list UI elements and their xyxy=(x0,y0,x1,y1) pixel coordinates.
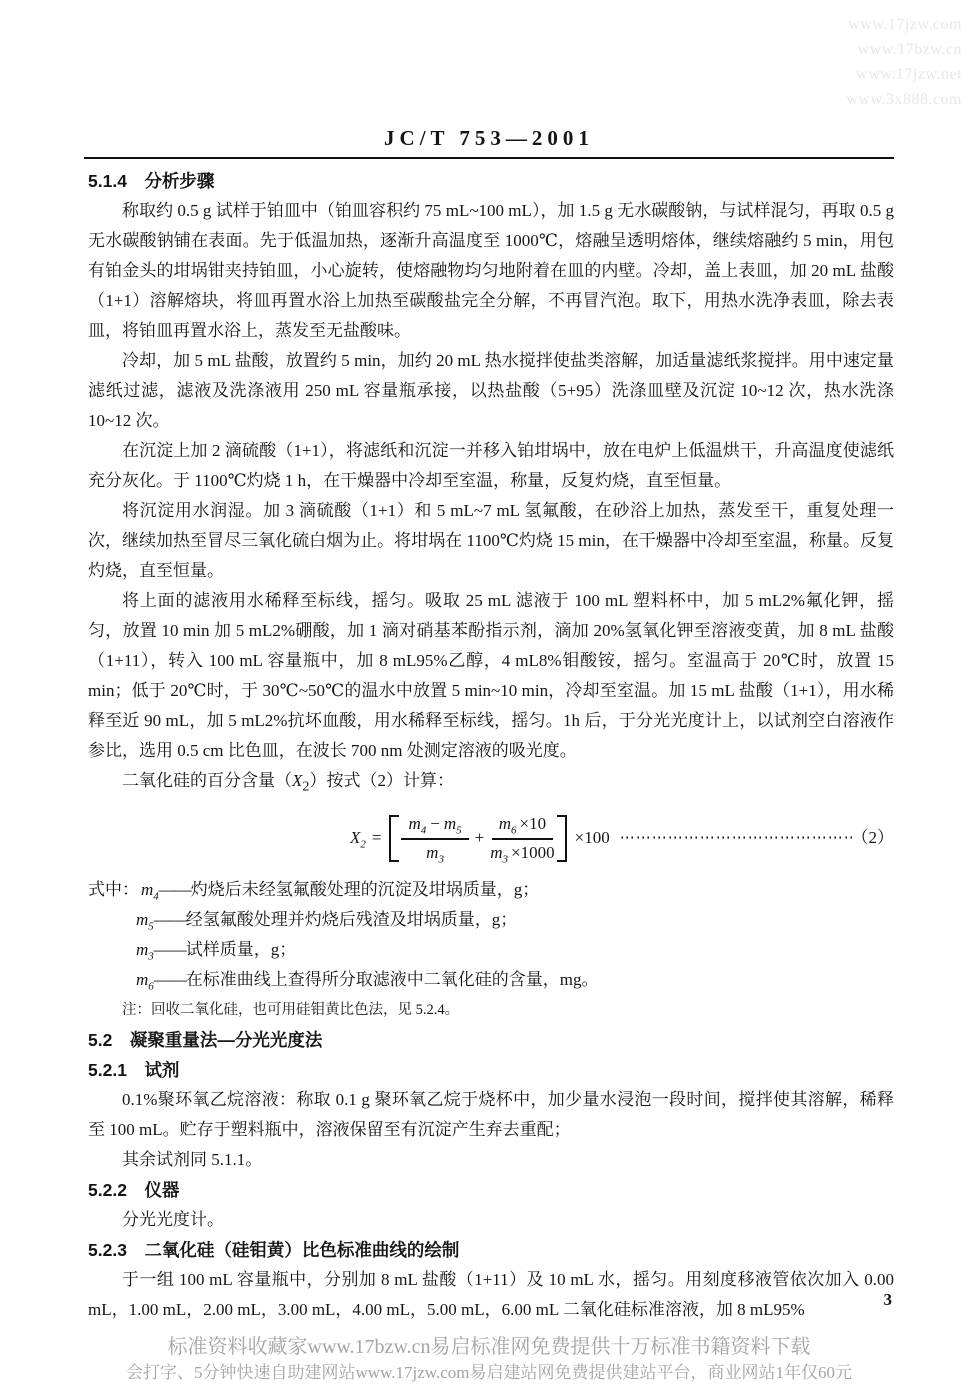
var-m3: m xyxy=(136,940,148,959)
clause-number: 5.2.3 xyxy=(88,1240,127,1260)
fraction-2-denominator: m3×1000 xyxy=(490,840,554,864)
watermark-url: www.17bzw.cn xyxy=(846,37,962,62)
var-m4-sub: 4 xyxy=(421,824,427,836)
fraction-1-numerator: m4−m5 xyxy=(401,813,468,840)
note-line: 注：回收二氧化硅，也可用硅钼黄比色法，见 5.2.4。 xyxy=(88,995,894,1025)
watermark-url: www.17jzw.net xyxy=(846,62,962,87)
paragraph-filtrate-colorimetry: 将上面的滤液用水稀释至标线，摇匀。吸取 25 mL 滤液于 100 mL 塑料杯… xyxy=(88,586,894,766)
paragraph-hf-treatment: 将沉淀用水润湿。加 3 滴硫酸（1+1）和 5 mL~7 mL 氢氟酸，在砂浴上… xyxy=(88,496,894,586)
watermark-url: www.3x888.com xyxy=(846,87,962,112)
clause-title: 仪器 xyxy=(144,1180,179,1200)
document-body: 5.1.4分析步骤 称取约 0.5 g 试样于铂皿中（铂皿容积约 75 mL~1… xyxy=(88,166,894,1325)
var-m3-sub: 3 xyxy=(503,853,509,865)
var-m4: m xyxy=(141,880,153,899)
eq-lhs-sub: 2 xyxy=(360,839,366,851)
equals-sign: = xyxy=(372,823,382,853)
symbol-x2: X xyxy=(292,771,302,790)
paragraph-precipitate-ignite: 在沉淀上加 2 滴硫酸（1+1），将滤纸和沉淀一并移入铂坩埚中，放在电炉上低温烘… xyxy=(88,436,894,496)
times-1000: ×1000 xyxy=(511,843,555,862)
definition-m5: m5——经氢氟酸处理并灼烧后残渣及坩埚质量，g； xyxy=(88,905,894,935)
paragraph-other-reagents: 其余试剂同 5.1.1。 xyxy=(88,1145,894,1175)
clause-title: 分析步骤 xyxy=(144,171,214,191)
left-bracket xyxy=(389,815,399,862)
clause-number: 5.2.1 xyxy=(88,1060,127,1080)
right-bracket xyxy=(557,815,567,862)
paragraph-standard-curve: 于一组 100 mL 容量瓶中，分别加 8 mL 盐酸（1+11）及 10 mL… xyxy=(88,1265,894,1325)
heading-5-2-1: 5.2.1试剂 xyxy=(88,1055,894,1085)
document-page: www.17jzw.com www.17bzw.cn www.17jzw.net… xyxy=(0,0,978,1388)
definition-m3: m3——试样质量，g； xyxy=(88,935,894,965)
clause-number: 5.2.2 xyxy=(88,1180,127,1200)
standard-code-header: JC/T 753—2001 xyxy=(0,126,978,151)
definition-dash: —— xyxy=(159,880,191,899)
times-100: ×100 xyxy=(575,823,610,853)
clause-number: 5.2 xyxy=(88,1030,112,1050)
heading-5-2-2: 5.2.2仪器 xyxy=(88,1175,894,1205)
var-m6: m xyxy=(499,814,511,833)
eq-lhs: X2 xyxy=(350,823,366,853)
fraction-2-numerator: m6×10 xyxy=(492,813,553,840)
fraction-1: m4−m5 m3 xyxy=(401,813,468,864)
footer-watermark-line1: 标准资料收藏家www.17bzw.cn易启标准网免费提供十万标准书籍资料下载 xyxy=(0,1330,978,1359)
var-m3: m xyxy=(490,843,502,862)
clause-title: 凝聚重量法—分光光度法 xyxy=(130,1030,323,1050)
leader-dots: ⋯⋯⋯⋯⋯⋯⋯⋯⋯⋯⋯⋯⋯⋯⋯⋯⋯⋯⋯⋯⋯⋯⋯⋯⋯⋯⋯⋯⋯⋯ xyxy=(616,823,852,853)
var-m5: m xyxy=(136,910,148,929)
definition-text: 经氢氟酸处理并灼烧后残渣及坩埚质量，g； xyxy=(186,910,518,929)
var-m6-sub: 6 xyxy=(511,824,517,836)
clause-number: 5.1.4 xyxy=(88,171,127,191)
calc-intro-text: 二氧化硅的百分含量（ xyxy=(122,771,292,790)
fraction-2: m6×10 m3×1000 xyxy=(490,813,554,864)
heading-5-1-4: 5.1.4分析步骤 xyxy=(88,166,894,196)
symbol-definitions: 式中：m4——灼烧后未经氢氟酸处理的沉淀及坩埚质量，g； m5——经氢氟酸处理并… xyxy=(88,875,894,995)
definition-dash: —— xyxy=(154,940,186,959)
var-m6: m xyxy=(136,970,148,989)
calc-intro-text: ）按式（2）计算： xyxy=(309,771,454,790)
equation-2-expression: X2 = m4−m5 m3 + m6×10 m3×1000 ×100 xyxy=(350,813,616,864)
equation-2-row: X2 = m4−m5 m3 + m6×10 m3×1000 ×100 ⋯⋯⋯⋯⋯… xyxy=(88,807,894,869)
paragraph-weigh-sample: 称取约 0.5 g 试样于铂皿中（铂皿容积约 75 mL~100 mL），加 1… xyxy=(88,196,894,346)
times-10: ×10 xyxy=(520,814,547,833)
paragraph-spectrophotometer: 分光光度计。 xyxy=(88,1205,894,1235)
plus-sign: + xyxy=(475,823,485,853)
definition-text: 试样质量，g； xyxy=(186,940,297,959)
definition-dash: —— xyxy=(154,970,186,989)
clause-title: 试剂 xyxy=(144,1060,179,1080)
fraction-1-denominator: m3 xyxy=(426,840,444,864)
heading-5-2: 5.2凝聚重量法—分光光度法 xyxy=(88,1025,894,1055)
heading-5-2-3: 5.2.3二氧化硅（硅钼黄）比色标准曲线的绘制 xyxy=(88,1235,894,1265)
definition-m6: m6——在标准曲线上查得所分取滤液中二氧化硅的含量，mg。 xyxy=(88,965,894,995)
definitions-lead: 式中： xyxy=(88,880,139,899)
definition-text: 灼烧后未经氢氟酸处理的沉淀及坩埚质量，g； xyxy=(191,880,540,899)
header-rule xyxy=(84,157,894,159)
var-m5: m xyxy=(444,814,456,833)
var-m5-sub: 5 xyxy=(456,824,462,836)
definition-dash: —— xyxy=(154,910,186,929)
watermark-url: www.17jzw.com xyxy=(846,12,962,37)
var-m3: m xyxy=(426,843,438,862)
minus-sign: − xyxy=(430,814,440,833)
eq-lhs-var: X xyxy=(350,828,360,847)
paragraph-calc-intro: 二氧化硅的百分含量（X2）按式（2）计算： xyxy=(88,766,894,801)
page-number: 3 xyxy=(884,1290,893,1310)
paragraph-cool-dissolve: 冷却，加 5 mL 盐酸，放置约 5 min，加约 20 mL 热水搅拌使盐类溶… xyxy=(88,346,894,436)
var-m3-sub: 3 xyxy=(438,853,444,865)
equation-number: （2） xyxy=(852,823,895,853)
definition-text: 在标准曲线上查得所分取滤液中二氧化硅的含量，mg。 xyxy=(186,970,599,989)
definition-m4: 式中：m4——灼烧后未经氢氟酸处理的沉淀及坩埚质量，g； xyxy=(88,875,894,905)
top-watermarks: www.17jzw.com www.17bzw.cn www.17jzw.net… xyxy=(846,12,962,112)
var-m4: m xyxy=(408,814,420,833)
footer-watermark-line2: 会打字、5分钟快速自助建网站www.17jzw.com易启建站网免费提供建站平台… xyxy=(0,1358,978,1383)
paragraph-peo-solution: 0.1%聚环氧乙烷溶液：称取 0.1 g 聚环氧乙烷于烧杯中，加少量水浸泡一段时… xyxy=(88,1085,894,1145)
clause-title: 二氧化硅（硅钼黄）比色标准曲线的绘制 xyxy=(144,1240,459,1260)
